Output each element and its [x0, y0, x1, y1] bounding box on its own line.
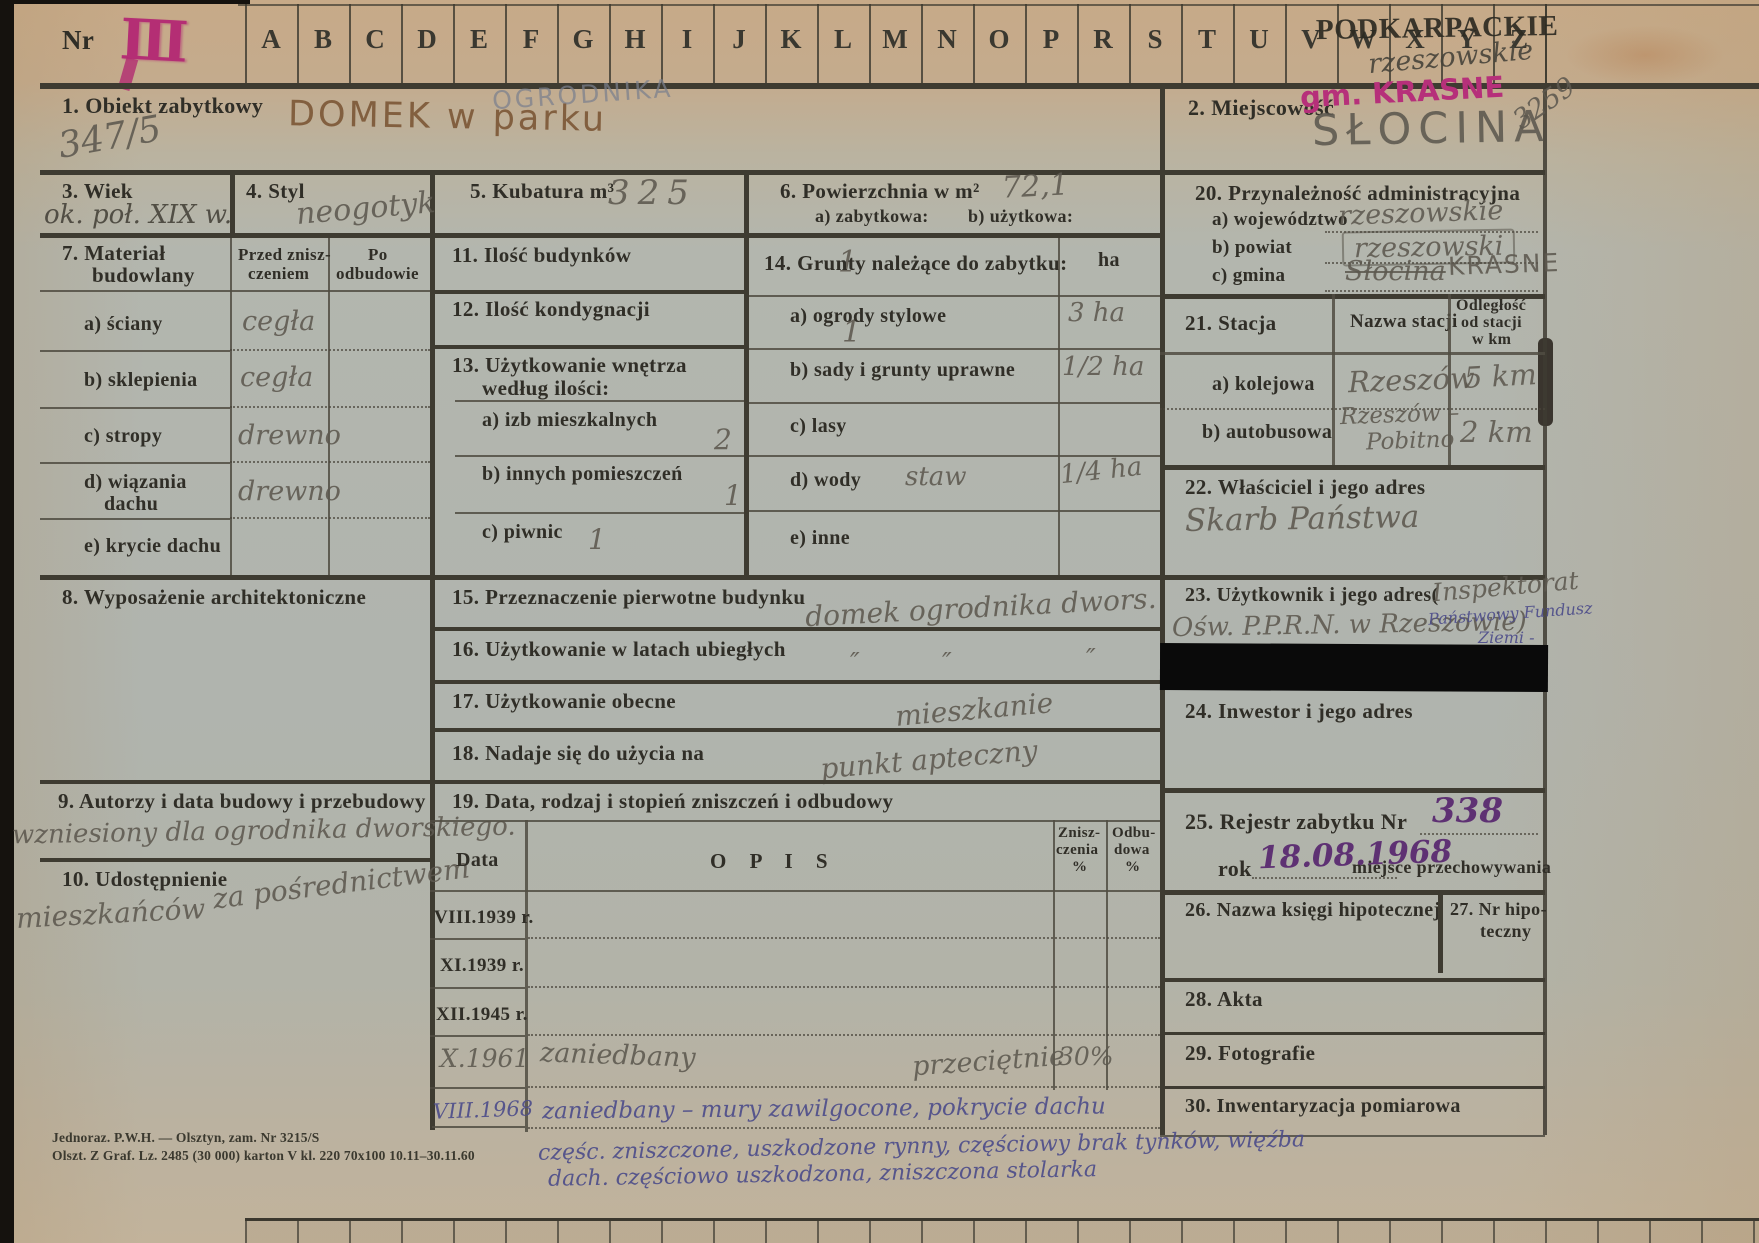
f7-row-label: e) krycie dachu	[84, 536, 221, 557]
line	[1160, 1086, 1545, 1089]
f18-label: 18. Nadaje się do użycia na	[452, 742, 704, 764]
index-letter: G	[557, 24, 609, 55]
f19-row-date-handwritten: VIII.1968	[433, 1098, 534, 1122]
f14-row-label: a) ogrody stylowe	[790, 306, 946, 327]
f7-row-value: cegła	[242, 308, 315, 335]
index-letter: A	[245, 24, 297, 55]
f5-label: 5. Kubatura m³	[470, 180, 614, 202]
f11-label: 11. Ilość budynków	[452, 244, 631, 266]
f23-label: 23. Użytkownik i jego adres(	[1185, 585, 1439, 606]
line	[430, 680, 1160, 684]
line	[40, 462, 230, 464]
line	[430, 987, 525, 989]
line	[40, 407, 230, 409]
index-letter: K	[765, 24, 817, 55]
f7-row-value: drewno	[238, 422, 341, 449]
nr-label: Nr	[62, 26, 94, 54]
redaction-bar	[1160, 643, 1548, 692]
f23-ink2: Ziemi -	[1478, 630, 1534, 646]
print-imprint-2: Olszt. Z Graf. Lz. 2485 (30 000) karton …	[52, 1148, 475, 1164]
f7-row-value: cegła	[240, 364, 313, 391]
index-letter: R	[1077, 24, 1129, 55]
f19-col-opis: O P I S	[710, 850, 837, 872]
f7-col-after: Po	[368, 246, 388, 264]
dotted-line	[528, 1086, 1160, 1088]
index-letter: U	[1233, 24, 1285, 55]
f7-row-label: b) sklepienia	[84, 370, 198, 391]
line	[749, 295, 1160, 297]
f6-sub-b: b) użytkowa:	[968, 207, 1073, 226]
f21-row-name2: Pobitno	[1366, 428, 1455, 454]
f10-label: 10. Udostępnienie	[62, 868, 227, 890]
line	[455, 400, 744, 402]
dotted-line	[528, 1127, 1160, 1129]
line	[430, 728, 1160, 732]
line	[40, 575, 1165, 580]
f7-row-label2: dachu	[104, 494, 158, 515]
f6-sub-a: a) zabytkowa:	[815, 207, 929, 226]
f19-label: 19. Data, rodzaj i stopień zniszczeń i o…	[452, 790, 893, 812]
line	[40, 518, 230, 520]
f25-rok-label: rok	[1218, 857, 1252, 880]
f20-c-label: c) gmina	[1212, 266, 1285, 286]
line	[40, 170, 1545, 175]
f19-col-destr2: czenia	[1056, 843, 1098, 859]
f19-row-date-handwritten: X.1961	[440, 1046, 529, 1071]
f25-place-label: miejsce przechowywania	[1352, 858, 1551, 877]
line	[749, 402, 1160, 404]
f7-label: 7. Materiał	[62, 242, 166, 264]
f16-label: 16. Użytkowanie w latach ubiegłych	[452, 638, 786, 660]
f13-row-label: b) innych pomieszczeń	[482, 464, 683, 485]
f14-label: 14. Grunty należące do zabytku:	[764, 252, 1067, 274]
line	[430, 290, 744, 294]
f19-col-destr3: %	[1072, 860, 1087, 876]
f8-label: 8. Wyposażenie architektoniczne	[62, 586, 366, 608]
f7-label2: budowlany	[92, 264, 195, 286]
f19-col-destr: Znisz-	[1058, 826, 1100, 842]
f28-label: 28. Akta	[1185, 988, 1263, 1010]
divider	[744, 170, 749, 575]
line	[430, 1035, 525, 1037]
f3-value: ok. poł. XIX w.	[44, 202, 232, 228]
index-letter: T	[1181, 24, 1233, 55]
f27-label2: teczny	[1480, 922, 1531, 941]
divider	[430, 170, 435, 1130]
f19-row-desc: zaniedbany	[540, 1039, 696, 1071]
f12-label: 12. Ilość kondygnacji	[452, 298, 650, 320]
f14-ha-header: ha	[1098, 250, 1120, 271]
f22-label: 22. Właściciel i jego adres	[1185, 476, 1425, 498]
f9-label: 9. Autorzy i data budowy i przebudowy	[58, 790, 426, 812]
f19-row-desc: zaniedbany – mury zawilgocone, pokrycie …	[542, 1096, 1106, 1124]
f25-register-number: 338	[1432, 794, 1503, 828]
line	[430, 890, 1160, 892]
index-letter: H	[609, 24, 661, 55]
divider	[1332, 294, 1335, 465]
bottom-card-strip	[245, 1218, 1759, 1243]
line	[430, 627, 1160, 631]
line	[40, 858, 430, 862]
f20-a-label: a) województwo	[1212, 210, 1348, 230]
line	[1160, 890, 1545, 895]
f6-value: 72,1	[1001, 170, 1069, 203]
f1-value: DOMEK w parku	[288, 97, 608, 138]
line	[455, 455, 744, 457]
line	[1160, 1032, 1545, 1035]
f13-row-value: 2	[714, 426, 732, 454]
line	[40, 780, 1160, 784]
f5-value: 325	[608, 176, 697, 210]
dotted-line	[528, 937, 1160, 939]
line	[1160, 978, 1545, 982]
line	[1160, 352, 1545, 355]
f19-row-date: XI.1939 r.	[440, 956, 524, 976]
f21-row-name: Rzeszów –	[1340, 402, 1460, 429]
dotted-line	[230, 517, 430, 519]
f20-c-struck: Słocina	[1345, 258, 1446, 285]
f21-row-dist: 5 km	[1463, 360, 1537, 393]
f29-label: 29. Fotografie	[1185, 1042, 1315, 1064]
index-letter: J	[713, 24, 765, 55]
print-imprint-1: Jednoraz. P.W.H. — Olsztyn, zam. Nr 3215…	[52, 1130, 319, 1146]
f1-label: 1. Obiekt zabytkowy	[62, 94, 263, 117]
index-letter: O	[973, 24, 1025, 55]
index-letter: N	[921, 24, 973, 55]
f15-label: 15. Przeznaczenie pierwotne budynku	[452, 586, 805, 608]
f19-col-rebuild3: %	[1125, 860, 1140, 876]
f13-row-value: 1	[724, 482, 742, 510]
index-letter: B	[297, 24, 349, 55]
f13-row-value: 1	[588, 526, 606, 554]
line	[749, 348, 1160, 350]
index-letter: F	[505, 24, 557, 55]
line	[455, 512, 744, 514]
f13-label2: według ilości:	[482, 377, 610, 399]
rust-stain	[1565, 25, 1725, 85]
dotted-line	[230, 349, 430, 351]
f21-col-dist2: od stacji	[1461, 315, 1522, 332]
line	[1160, 465, 1545, 470]
f20-b-label: b) powiat	[1212, 238, 1292, 258]
index-letter: L	[817, 24, 869, 55]
f26-label: 26. Nazwa księgi hipotecznej	[1185, 900, 1441, 921]
line	[40, 350, 230, 352]
f19-col-date: Data	[456, 850, 499, 871]
f24-label: 24. Inwestor i jego adres	[1185, 700, 1413, 722]
f7-row-label: c) stropy	[84, 426, 162, 447]
f16-ditto: ″	[942, 650, 952, 676]
f20-c-value: KRASNE	[1448, 250, 1561, 279]
f14-row-label: b) sady i grunty uprawne	[790, 360, 1015, 381]
f19-col-rebuild: Odbu-	[1112, 826, 1156, 842]
line	[430, 938, 525, 940]
f14-row-area: 3 ha	[1068, 300, 1125, 326]
f14-row-area: 1/2 ha	[1062, 354, 1144, 380]
f20-a-value: rzeszowskie	[1338, 197, 1504, 230]
scanned-form-card: Nr Ⅲ A B C D E F G H I J K L M N O P R S…	[0, 0, 1759, 1243]
f3-label: 3. Wiek	[62, 180, 133, 202]
f21-row-label: b) autobusowa	[1202, 422, 1332, 443]
f25-label: 25. Rejestr zabytku Nr	[1185, 810, 1407, 833]
scan-edge-left	[0, 0, 14, 1243]
scan-edge-top	[0, 0, 250, 4]
f21-col-dist: Odległość	[1456, 298, 1526, 315]
f6-label: 6. Powierzchnia w m²	[780, 180, 980, 202]
index-letter: I	[661, 24, 713, 55]
line	[432, 1126, 525, 1128]
line	[749, 510, 1160, 512]
f16-ditto: ″	[850, 650, 860, 676]
f21-row-dist: 2 km	[1460, 418, 1533, 447]
f21-row-name: Rzeszów	[1348, 364, 1476, 397]
line	[430, 345, 744, 349]
f30-label: 30. Inwentaryzacja pomiarowa	[1185, 1096, 1461, 1117]
divider	[1058, 238, 1060, 575]
dotted-line	[1252, 877, 1397, 879]
f14-row-label: d) wody	[790, 470, 861, 491]
f7-row-label: a) ściany	[84, 314, 163, 335]
f19-row-destr: 30%	[1058, 1044, 1114, 1069]
f13-row-label: a) izb mieszkalnych	[482, 410, 657, 431]
f7-row-value: drewno	[238, 478, 341, 505]
divider	[1438, 893, 1443, 973]
f13-row-label: c) piwnic	[482, 522, 563, 543]
index-letter: P	[1025, 24, 1077, 55]
f21-label: 21. Stacja	[1185, 312, 1277, 334]
index-letter: S	[1129, 24, 1181, 55]
dotted-line	[528, 1034, 1160, 1036]
dotted-line	[528, 986, 1160, 988]
dotted-line	[1325, 290, 1538, 292]
f7-row-label: d) wiązania	[84, 472, 187, 493]
line	[40, 290, 430, 292]
f14-row-label: c) lasy	[790, 416, 847, 437]
dotted-line	[230, 406, 430, 408]
line	[430, 1087, 525, 1089]
dotted-line	[230, 461, 430, 463]
index-letter: C	[349, 24, 401, 55]
index-letter: M	[869, 24, 921, 55]
f19-row-date: VIII.1939 r.	[434, 908, 534, 928]
f21-row-label: a) kolejowa	[1212, 374, 1315, 395]
line	[40, 233, 1165, 238]
f7-col-after2: odbudowie	[336, 265, 419, 283]
line	[430, 820, 1160, 822]
f19-row-date: XII.1945 r.	[436, 1005, 528, 1025]
index-letter: E	[453, 24, 505, 55]
f19-col-rebuild2: dowa	[1114, 843, 1150, 859]
f27-label: 27. Nr hipo-	[1450, 900, 1547, 919]
f21-col-dist3: w km	[1472, 332, 1511, 349]
f14-row-label: e) inne	[790, 528, 850, 549]
f21-col-name: Nazwa stacji	[1350, 312, 1458, 332]
f7-col-before2: czeniem	[248, 265, 309, 283]
f16-ditto: ″	[1086, 646, 1096, 672]
f13-label: 13. Użytkowanie wnętrza	[452, 354, 687, 376]
index-letter: D	[401, 24, 453, 55]
divider	[230, 170, 235, 233]
f17-label: 17. Użytkowanie obecne	[452, 690, 676, 712]
f7-col-before: Przed znisz-	[238, 246, 331, 264]
f14-row-note: staw	[905, 464, 967, 490]
f22-value: Skarb Państwa	[1185, 502, 1420, 537]
